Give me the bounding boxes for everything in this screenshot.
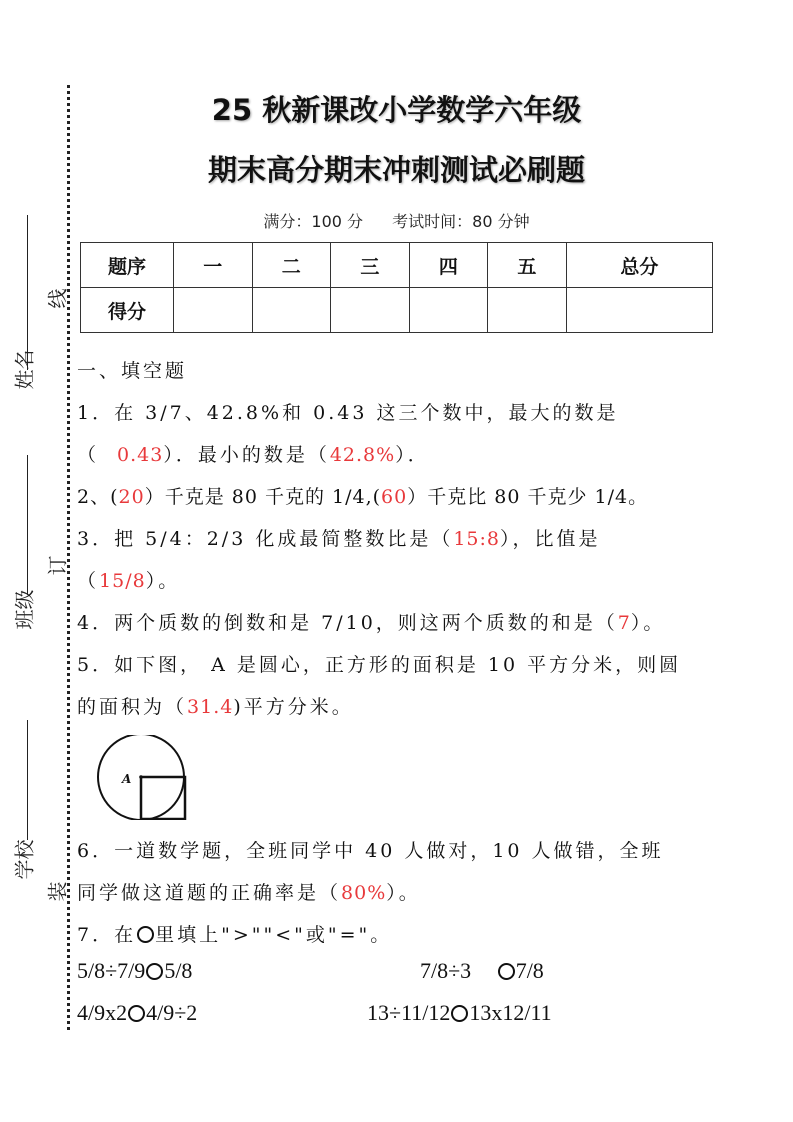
question-5-line1: 5．如下图， A 是圆心，正方形的面积是 10 平方分米，则圆 xyxy=(77,650,681,677)
header-cell: 题序 xyxy=(81,243,174,288)
text: ）。 xyxy=(386,882,421,904)
score-cell[interactable] xyxy=(409,288,488,333)
question-4: 4．两个质数的倒数和是 7/10，则这两个质数的和是（7）。 xyxy=(77,608,665,635)
text: ）千克是 80 千克的 1/4,( xyxy=(145,486,381,508)
text: ）． xyxy=(395,444,430,466)
text: ），比值是 xyxy=(500,528,601,550)
text: 的面积为（ xyxy=(77,696,187,718)
school-underline xyxy=(27,720,28,840)
circle-square-figure: A xyxy=(95,735,195,824)
comparison-1: 5/8÷7/95/8 xyxy=(77,958,192,984)
point-a-label: A xyxy=(121,772,131,786)
question-6-line2: 同学做这道题的正确率是（80%）。 xyxy=(77,878,421,905)
text: 同学做这道题的正确率是（ xyxy=(77,882,341,904)
text: 里填上">""<"或"="。 xyxy=(155,924,392,946)
text: （ xyxy=(77,570,99,592)
class-label: 班级 xyxy=(9,590,38,630)
score-cell[interactable] xyxy=(566,288,712,333)
binding-mark-line: 线 xyxy=(42,289,71,309)
header-cell: 一 xyxy=(174,243,253,288)
expr-right: 13x12/11 xyxy=(469,1000,551,1025)
row-label: 得分 xyxy=(81,288,174,333)
name-label: 姓名 xyxy=(9,350,38,390)
header-cell: 四 xyxy=(409,243,488,288)
section-title: 一、填空题 xyxy=(77,356,187,383)
full-score: 满分：100 分 xyxy=(263,212,363,231)
page-title-line2: 期末高分期末冲刺测试必刷题 xyxy=(0,148,793,189)
expr-left: 5/8÷7/9 xyxy=(77,958,145,983)
answer-6: 80% xyxy=(341,882,386,904)
answer-1b: 42.8% xyxy=(330,444,395,466)
text: 4．两个质数的倒数和是 7/10，则这两个质数的和是（ xyxy=(77,612,618,634)
question-1-line2: （0.43）．最小的数是（42.8%）． xyxy=(77,440,430,467)
compare-circle-input[interactable] xyxy=(128,1005,145,1022)
question-6-line1: 6．一道数学题，全班同学中 40 人做对，10 人做错，全班 xyxy=(77,836,664,863)
expr-right: 7/8 xyxy=(516,958,544,983)
expr-right: 4/9÷2 xyxy=(146,1000,197,1025)
text: ）。 xyxy=(631,612,666,634)
comparison-2: 7/8÷3 7/8 xyxy=(420,958,544,984)
question-2: 2、(20）千克是 80 千克的 1/4,(60）千克比 80 千克少 1/4。 xyxy=(77,482,648,509)
expr-right: 5/8 xyxy=(164,958,192,983)
answer-3b: 15/8 xyxy=(99,570,146,592)
school-label: 学校 xyxy=(9,840,38,880)
header-cell: 总分 xyxy=(566,243,712,288)
header-cell: 二 xyxy=(252,243,331,288)
exam-time: 考试时间：80 分钟 xyxy=(392,212,529,231)
question-3-line2: （15/8）。 xyxy=(77,566,180,593)
answer-5: 31.4 xyxy=(187,696,233,718)
page-title-line1: 25 秋新课改小学数学六年级 xyxy=(0,88,793,129)
score-table: 题序 一 二 三 四 五 总分 得分 xyxy=(80,242,713,333)
expr-left: 7/8÷3 xyxy=(420,958,477,983)
question-5-line2: 的面积为（31.4)平方分米。 xyxy=(77,692,354,719)
class-underline xyxy=(27,455,28,595)
answer-1a: 0.43 xyxy=(117,444,163,466)
score-cell[interactable] xyxy=(331,288,410,333)
text: )平方分米。 xyxy=(233,696,353,718)
circle-with-square-icon: A xyxy=(95,735,195,820)
score-table-header-row: 题序 一 二 三 四 五 总分 xyxy=(81,243,713,288)
comparison-3: 4/9x24/9÷2 xyxy=(77,1000,197,1026)
answer-3a: 15:8 xyxy=(453,528,500,550)
score-cell[interactable] xyxy=(252,288,331,333)
text: 2、( xyxy=(77,486,119,508)
exam-info: 满分：100 分 考试时间：80 分钟 xyxy=(0,209,793,232)
text: ）。 xyxy=(146,570,181,592)
answer-4: 7 xyxy=(618,612,631,634)
text: ）千克比 80 千克少 1/4。 xyxy=(407,486,648,508)
circle-icon xyxy=(137,926,154,943)
binding-mark-bind: 订 xyxy=(42,556,71,576)
expr-left: 4/9x2 xyxy=(77,1000,127,1025)
compare-circle-input[interactable] xyxy=(146,963,163,980)
text: 7．在 xyxy=(77,924,136,946)
answer-2a: 20 xyxy=(119,486,145,508)
compare-circle-input[interactable] xyxy=(451,1005,468,1022)
header-cell: 三 xyxy=(331,243,410,288)
question-3-line1: 3．把 5/4：2/3 化成最简整数比是（15:8），比值是 xyxy=(77,524,601,551)
compare-circle-input[interactable] xyxy=(498,963,515,980)
answer-2b: 60 xyxy=(381,486,407,508)
score-cell[interactable] xyxy=(488,288,567,333)
comparison-4: 13÷11/1213x12/11 xyxy=(367,1000,552,1026)
question-7: 7．在里填上">""<"或"="。 xyxy=(77,920,392,947)
binding-mark-fold: 装 xyxy=(42,882,71,902)
text: ）．最小的数是（ xyxy=(163,444,330,466)
expr-left: 13÷11/12 xyxy=(367,1000,450,1025)
text: （ xyxy=(77,444,99,466)
score-table-score-row: 得分 xyxy=(81,288,713,333)
question-1-line1: 1．在 3/7、42.8%和 0.43 这三个数中，最大的数是 xyxy=(77,398,618,425)
header-cell: 五 xyxy=(488,243,567,288)
text: 3．把 5/4：2/3 化成最简整数比是（ xyxy=(77,528,453,550)
score-cell[interactable] xyxy=(174,288,253,333)
name-underline xyxy=(27,215,28,370)
